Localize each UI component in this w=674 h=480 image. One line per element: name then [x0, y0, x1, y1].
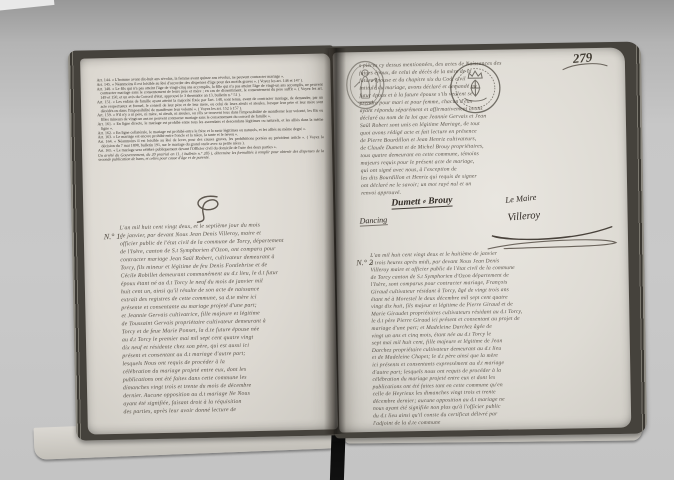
scanned-register-photo: Art. 144. « L'homme avant dix-huit ans r…: [0, 0, 674, 480]
right-page: 279 s pièces cy dessus mentionnées, des …: [333, 47, 632, 432]
act1-continuation-manuscript: s pièces cy dessus mentionnées, des acte…: [359, 58, 611, 202]
signature-mayor-title: Le Maire: [505, 192, 537, 205]
signature-witnesses: Dumett ⸗ Brouy: [391, 195, 453, 209]
left-page: Art. 144. « L'homme avant dix-huit ans r…: [80, 53, 338, 434]
act1-manuscript: L'an mil huit cent vingt deux, et le sep…: [120, 219, 336, 423]
paraph-flourish-icon: [187, 193, 234, 224]
printed-code-articles: Art. 144. « L'homme avant dix-huit ans r…: [97, 74, 325, 199]
act2-manuscript: L'an mil huit cent vingt deux et le huit…: [370, 248, 627, 430]
signature-witness-below: Dancing: [359, 215, 387, 226]
signature-mayor-name: Villeroy: [507, 210, 540, 224]
